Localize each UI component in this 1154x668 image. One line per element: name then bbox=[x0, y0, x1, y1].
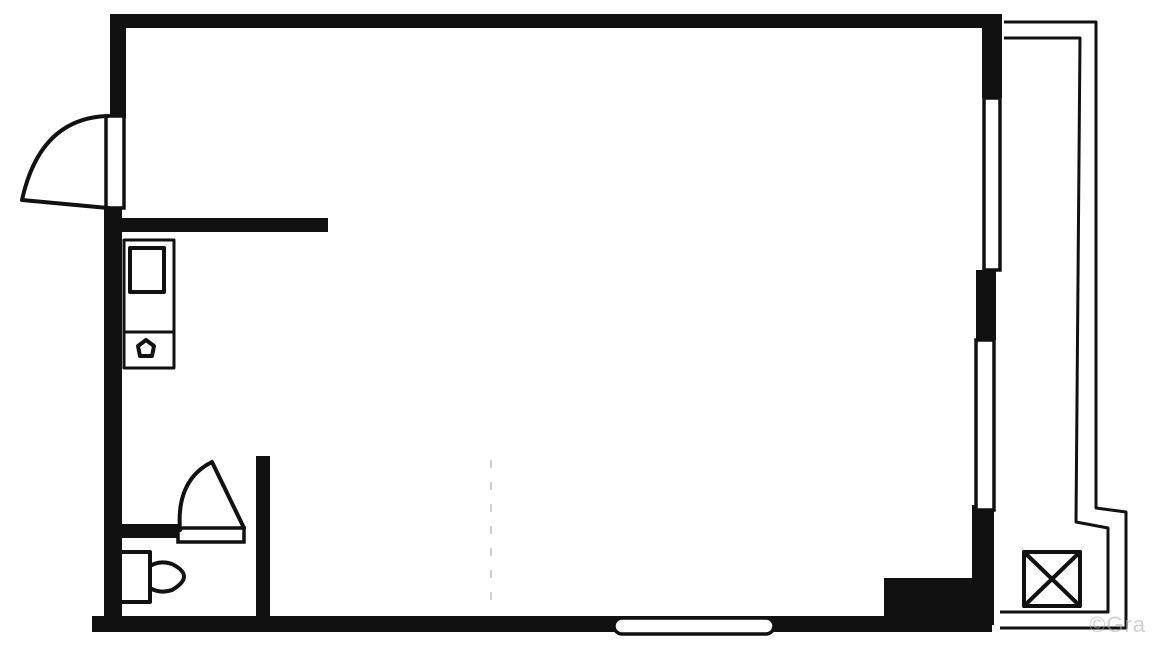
watermark: ©Gra bbox=[1089, 612, 1146, 638]
toilet-room bbox=[104, 456, 270, 626]
storage-corner-block bbox=[884, 578, 984, 630]
evacuation-hatch-icon bbox=[1024, 552, 1080, 606]
floor-plan bbox=[0, 0, 1154, 668]
balcony bbox=[1000, 22, 1126, 628]
sink-icon bbox=[130, 248, 164, 292]
toilet-door-swing bbox=[180, 462, 244, 530]
bottom-wall-window bbox=[614, 618, 774, 634]
kitchen-partition-wall bbox=[118, 218, 328, 232]
kitchen-counter bbox=[124, 240, 174, 368]
stove-burner-icon bbox=[138, 340, 154, 356]
toilet-icon bbox=[120, 552, 184, 602]
entrance-door bbox=[22, 116, 124, 208]
